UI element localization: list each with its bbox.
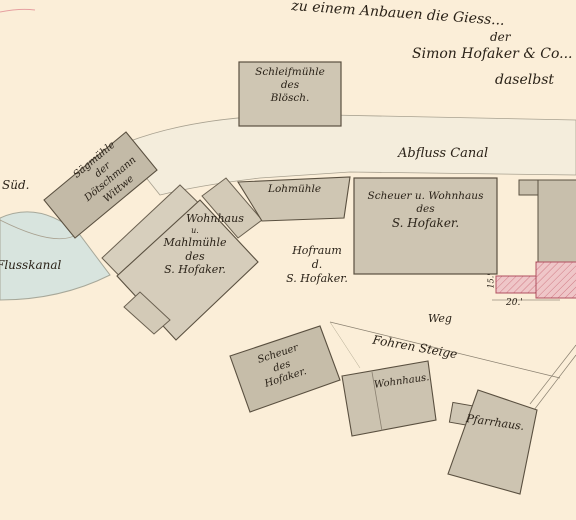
label-line: Blösch. xyxy=(239,92,341,105)
label-hofraum: Hofraum d. S. Hofaker. xyxy=(272,244,362,285)
dimension-width: 20.' xyxy=(506,298,523,309)
label-line: Scheuer u. Wohnhaus xyxy=(354,190,497,203)
label-line: Schleifmühle xyxy=(239,66,341,79)
title-line-3: Simon Hofaker & Co... xyxy=(412,46,572,64)
label-line: d. xyxy=(272,258,362,272)
label-line: Wohnhaus xyxy=(130,212,260,226)
flusskanal-water xyxy=(0,212,110,300)
label-line: u. xyxy=(130,226,260,236)
label-scheuer-wohnhaus: Scheuer u. Wohnhaus des S. Hofaker. xyxy=(354,190,497,231)
label-line: S. Hofaker. xyxy=(130,263,260,277)
label-lohmuehle: Lohmühle xyxy=(268,183,321,196)
label-line: des xyxy=(354,203,497,216)
label-flusskanal: Flusskanal xyxy=(0,258,61,273)
label-abfluss-canal: Abfluss Canal xyxy=(398,146,488,162)
label-wohnhaus-mahlmuehle: Wohnhaus u. Mahlmühle des S. Hofaker. xyxy=(130,212,260,277)
label-line: S. Hofaker. xyxy=(354,216,497,231)
label-schleifmuehle: Schleifmühle des Blösch. xyxy=(239,66,341,105)
label-line: S. Hofaker. xyxy=(272,272,362,286)
label-sued: Süd. xyxy=(2,178,29,193)
dimension-depth: 15.' xyxy=(486,274,496,289)
new-building-hatched-2 xyxy=(536,262,576,298)
title-line-4: daselbst xyxy=(495,72,554,90)
label-weg: Weg xyxy=(428,312,452,326)
label-line: des xyxy=(130,250,260,264)
label-line: Hofraum xyxy=(272,244,362,258)
label-line: des xyxy=(239,79,341,92)
title-line-2: der xyxy=(490,30,511,45)
new-building-hatched xyxy=(496,276,536,293)
label-line: Mahlmühle xyxy=(130,236,260,250)
